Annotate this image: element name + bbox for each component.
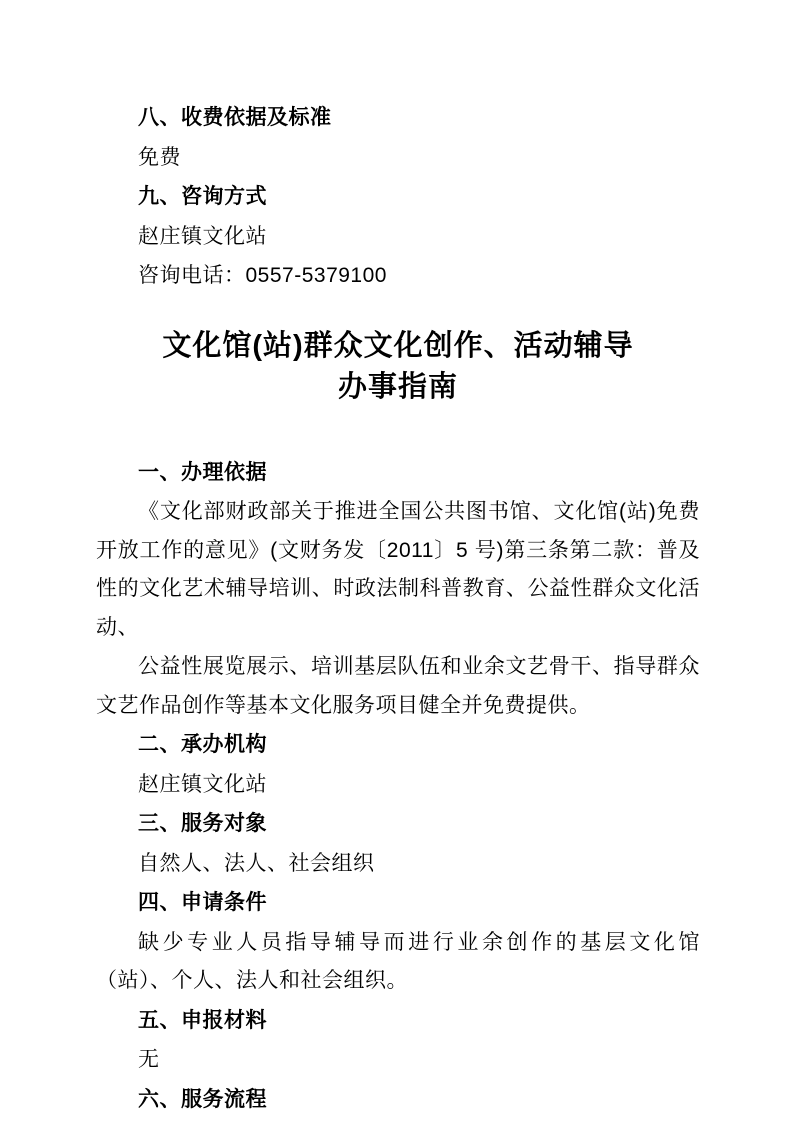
agency-value: 赵庄镇文化站: [96, 766, 700, 805]
basis-paragraph-2: 公益性展览展示、培训基层队伍和业余文艺骨干、指导群众文艺作品创作等基本文化服务项…: [96, 648, 700, 725]
section-heading-agency: 二、承办机构: [96, 726, 700, 765]
materials-value: 无: [96, 1041, 700, 1080]
section-heading-condition: 四、申请条件: [96, 884, 700, 923]
consult-organization: 赵庄镇文化站: [96, 218, 700, 257]
basis-paragraph-1: 《文化部财政部关于推进全国公共图书馆、文化馆(站)免费开放工作的意见》(文财务发…: [96, 493, 700, 647]
audience-value: 自然人、法人、社会组织: [96, 845, 700, 884]
document-title-line2: 办事指南: [338, 371, 458, 403]
section-heading-process: 六、服务流程: [96, 1081, 700, 1120]
section-heading-fee-basis: 八、收费依据及标准: [96, 99, 700, 138]
document-title-line1: 文化馆(站)群众文化创作、活动辅导: [162, 330, 633, 362]
section-heading-materials: 五、申报材料: [96, 1002, 700, 1041]
fee-value: 免费: [96, 139, 700, 178]
section-heading-consult: 九、咨询方式: [96, 178, 700, 217]
section-heading-audience: 三、服务对象: [96, 805, 700, 844]
consult-phone: 咨询电话：0557-5379100: [96, 257, 700, 296]
condition-value: 缺少专业人员指导辅导而进行业余创作的基层文化馆（站）、个人、法人和社会组织。: [96, 924, 700, 1001]
section-heading-basis: 一、办理依据: [96, 454, 700, 493]
document-page: 八、收费依据及标准 免费 九、咨询方式 赵庄镇文化站 咨询电话：0557-537…: [0, 0, 793, 1122]
document-title: 文化馆(站)群众文化创作、活动辅导 办事指南: [96, 326, 700, 408]
